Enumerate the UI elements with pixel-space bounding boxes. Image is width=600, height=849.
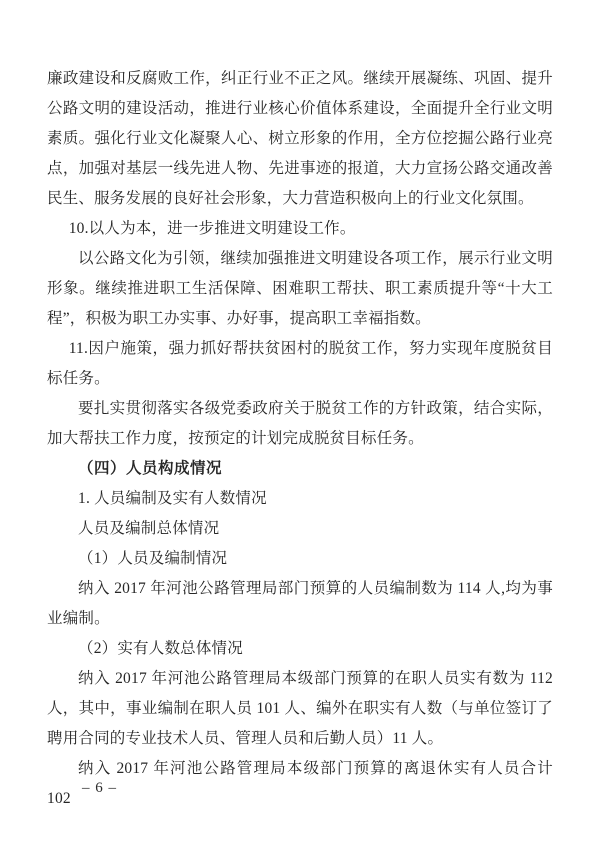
paragraph-retirees-102: 纳入 2017 年河池公路管理局本级部门预算的离退休实有人员合计 102 xyxy=(47,754,553,814)
heading-section-4-personnel-composition: （四）人员构成情况 xyxy=(47,454,553,484)
paragraph-integrity-culture-continuation: 廉政建设和反腐败工作，纠正行业不正之风。继续开展凝练、巩固、提升公路文明的建设活… xyxy=(47,64,553,214)
subheading-1-staffing-situation: （1）人员及编制情况 xyxy=(47,544,553,574)
subheading-1-staffing-and-headcount: 1. 人员编制及实有人数情况 xyxy=(47,484,553,514)
page-number: – 6 – xyxy=(82,780,117,796)
document-page: 廉政建设和反腐败工作，纠正行业不正之风。继续开展凝练、巩固、提升公路文明的建设活… xyxy=(0,0,600,849)
paragraph-actual-headcount-112: 纳入 2017 年河池公路管理局本级部门预算的在职人员实有数为 112 人，其中… xyxy=(47,664,553,754)
paragraph-poverty-policy: 要扎实贯彻落实各级党委政府关于脱贫工作的方针政策，结合实际，加大帮扶工作力度，按… xyxy=(47,394,553,454)
item-11-poverty-relief: 11.因户施策，强力抓好帮扶贫困村的脱贫工作，努力实现年度脱贫目标任务。 xyxy=(47,334,553,394)
subheading-2-actual-headcount: （2）实有人数总体情况 xyxy=(47,634,553,664)
paragraph-highway-culture: 以公路文化为引领，继续加强推进文明建设各项工作，展示行业文明形象。继续推进职工生… xyxy=(47,244,553,334)
document-body: 廉政建设和反腐败工作，纠正行业不正之风。继续开展凝练、巩固、提升公路文明的建设活… xyxy=(47,64,553,814)
paragraph-staffing-quota-114: 纳入 2017 年河池公路管理局部门预算的人员编制数为 114 人,均为事业编制… xyxy=(47,574,553,634)
subheading-staffing-overview: 人员及编制总体情况 xyxy=(47,514,553,544)
item-10-people-oriented: 10.以人为本，进一步推进文明建设工作。 xyxy=(47,214,553,244)
